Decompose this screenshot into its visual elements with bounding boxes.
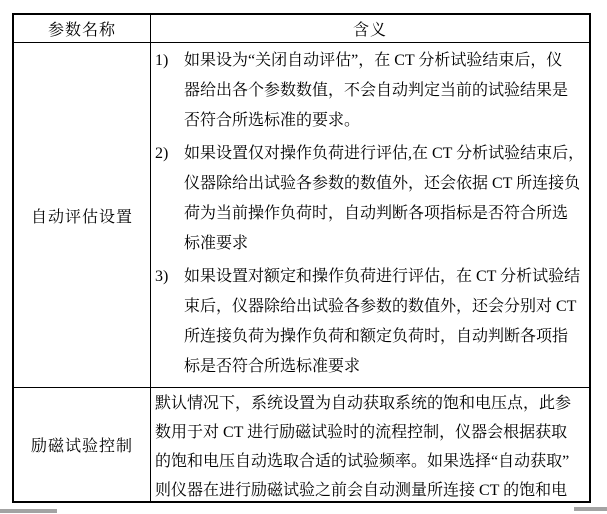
list-item: 1) 如果设为“关闭自动评估”，在 CT 分析试验结束后，仪 器给出各个参数数值… — [155, 46, 584, 136]
text-line: 仪器除给出试验各参数的数值外，还会依据 CT 所连接负 — [184, 169, 584, 199]
list-item-text: 如果设置仅对操作负荷进行评估,在 CT 分析试验结束后， 仪器除给出试验各参数的… — [184, 139, 584, 259]
cell-auto-evaluation-description: 1) 如果设为“关闭自动评估”，在 CT 分析试验结束后，仪 器给出各个参数数值… — [151, 43, 589, 388]
page-shadow-left — [0, 509, 57, 513]
list-item-number: 1) — [155, 46, 184, 136]
list-item: 3) 如果设置对额定和操作负荷进行评估，在 CT 分析试验结 束后，仪器除给出试… — [155, 262, 584, 382]
parameters-table: 参数名称 含义 自动评估设置 1) 如果设为“关闭自动评估”，在 CT 分析试验… — [12, 13, 591, 503]
column-header-meaning: 含义 — [151, 15, 589, 43]
text-line: 器给出各个参数数值，不会自动判定当前的试验结果是 — [184, 76, 584, 106]
cell-excitation-test-description: 默认情况下，系统设置为自动获取系统的饱和电压点，此参 数用于对 CT 进行励磁试… — [151, 388, 589, 501]
list-item-text: 如果设置对额定和操作负荷进行评估，在 CT 分析试验结 束后，仪器除给出试验各参… — [184, 262, 584, 382]
text-line: 数用于对 CT 进行励磁试验时的流程控制，仪器会根据获取 — [155, 418, 584, 447]
text-line: 标准要求 — [184, 229, 584, 259]
text-line: 束后，仪器除给出试验各参数的数值外，还会分别对 CT — [184, 292, 584, 322]
text-line: 如果设置仅对操作负荷进行评估,在 CT 分析试验结束后， — [184, 139, 584, 169]
text-line: 如果设为“关闭自动评估”，在 CT 分析试验结束后，仪 — [184, 46, 584, 76]
column-header-parameter-name: 参数名称 — [14, 15, 151, 43]
text-line: 标是否符合所选标准要求 — [184, 352, 584, 382]
page-shadow-right — [574, 507, 607, 511]
text-line: 则仪器在进行励磁试验之前会自动测量所连接 CT 的饱和电 — [155, 476, 584, 501]
list-item-text: 如果设为“关闭自动评估”，在 CT 分析试验结束后，仪 器给出各个参数数值，不会… — [184, 46, 584, 136]
text-line: 否符合所选标准的要求。 — [184, 106, 584, 136]
text-line: 的饱和电压自动选取合适的试验频率。如果选择“自动获取” — [155, 447, 584, 476]
list-item-number: 2) — [155, 139, 184, 259]
text-line: 荷为当前操作负荷时，自动判断各项指标是否符合所选 — [184, 199, 584, 229]
document-page: 参数名称 含义 自动评估设置 1) 如果设为“关闭自动评估”，在 CT 分析试验… — [0, 0, 607, 514]
list-item-number: 3) — [155, 262, 184, 382]
list-item: 2) 如果设置仅对操作负荷进行评估,在 CT 分析试验结束后， 仪器除给出试验各… — [155, 139, 584, 259]
text-line: 如果设置对额定和操作负荷进行评估，在 CT 分析试验结 — [184, 262, 584, 292]
row-label-excitation-test: 励磁试验控制 — [14, 388, 151, 501]
text-line: 默认情况下，系统设置为自动获取系统的饱和电压点，此参 — [155, 389, 584, 418]
row-label-auto-evaluation: 自动评估设置 — [14, 43, 151, 388]
text-line: 所连接负荷为操作负荷和额定负荷时，自动判断各项指 — [184, 322, 584, 352]
